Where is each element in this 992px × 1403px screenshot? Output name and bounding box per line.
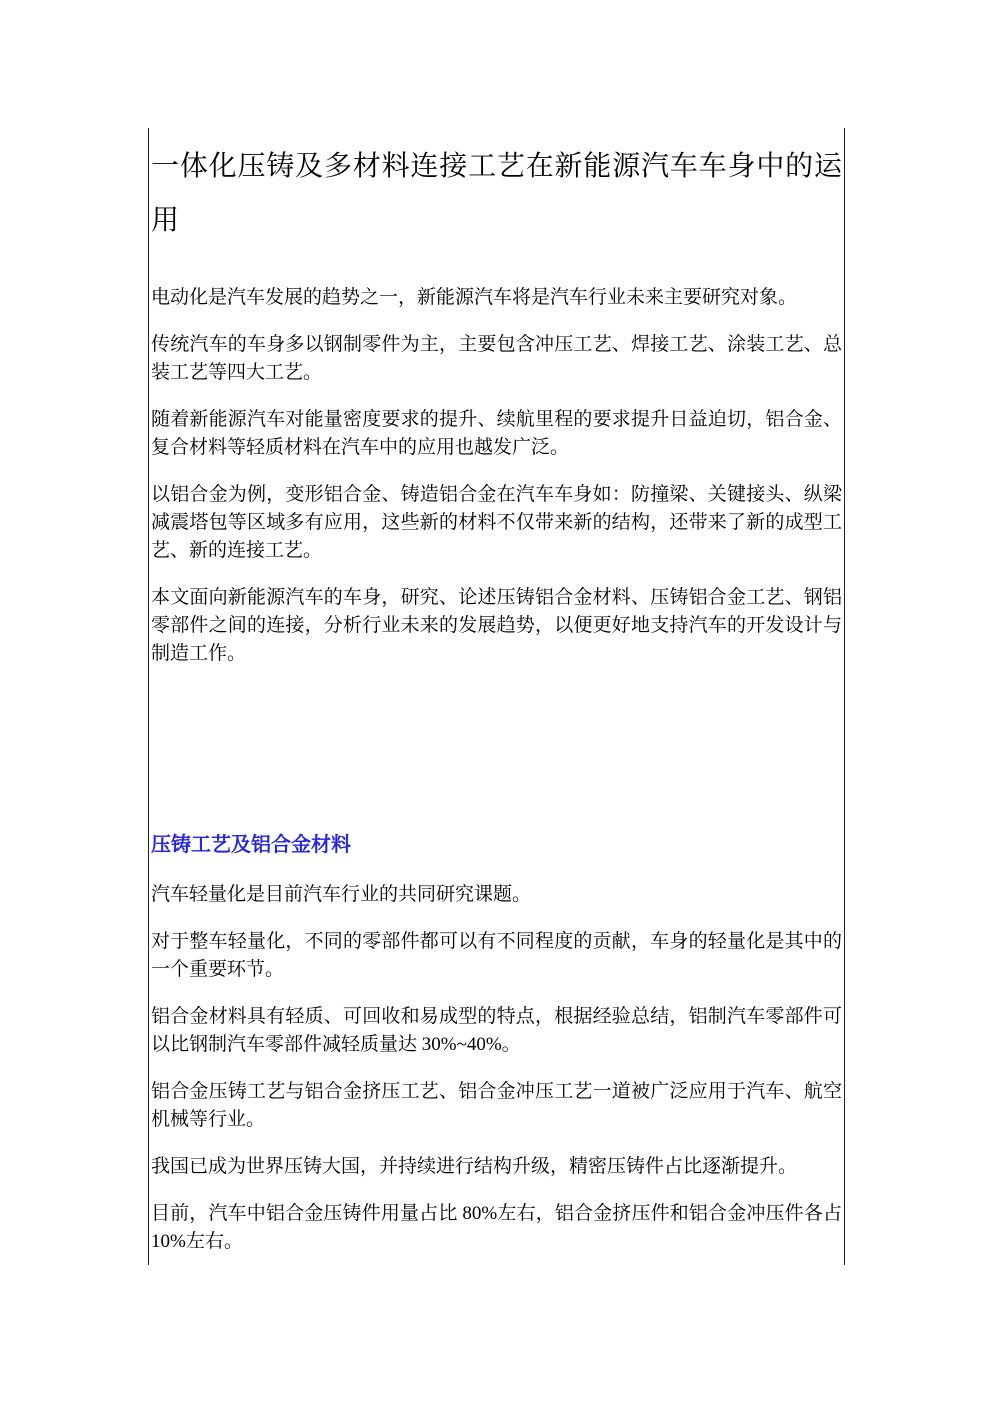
section-heading: 压铸工艺及铝合金材料 [151,831,842,859]
paragraph: 电动化是汽车发展的趋势之一，新能源汽车将是汽车行业未来主要研究对象。 [151,284,842,312]
paragraph: 以铝合金为例，变形铝合金、铸造铝合金在汽车车身如：防撞梁、关键接头、纵梁减震塔包… [151,481,842,565]
paragraph: 本文面向新能源汽车的车身，研究、论述压铸铝合金材料、压铸铝合金工艺、钢铝零部件之… [151,584,842,668]
text-frame: 一体化压铸及多材料连接工艺在新能源汽车车身中的运用 电动化是汽车发展的趋势之一，… [148,128,845,1265]
paragraph: 目前，汽车中铝合金压铸件用量占比 80%左右，铝合金挤压件和铝合金冲压件各占10… [151,1200,842,1256]
paragraph: 传统汽车的车身多以钢制零件为主，主要包含冲压工艺、焊接工艺、涂装工艺、总装工艺等… [151,331,842,387]
paragraph: 随着新能源汽车对能量密度要求的提升、续航里程的要求提升日益迫切，铝合金、复合材料… [151,406,842,462]
paragraph: 对于整车轻量化，不同的零部件都可以有不同程度的贡献，车身的轻量化是其中的一个重要… [151,928,842,984]
paragraph: 铝合金材料具有轻质、可回收和易成型的特点，根据经验总结，铝制汽车零部件可以比钢制… [151,1003,842,1059]
paragraph: 我国已成为世界压铸大国，并持续进行结构升级，精密压铸件占比逐渐提升。 [151,1153,842,1181]
document-title: 一体化压铸及多材料连接工艺在新能源汽车车身中的运用 [151,140,842,248]
paragraph: 铝合金压铸工艺与铝合金挤压工艺、铝合金冲压工艺一道被广泛应用于汽车、航空机械等行… [151,1078,842,1134]
paragraph: 汽车轻量化是目前汽车行业的共同研究课题。 [151,881,842,909]
